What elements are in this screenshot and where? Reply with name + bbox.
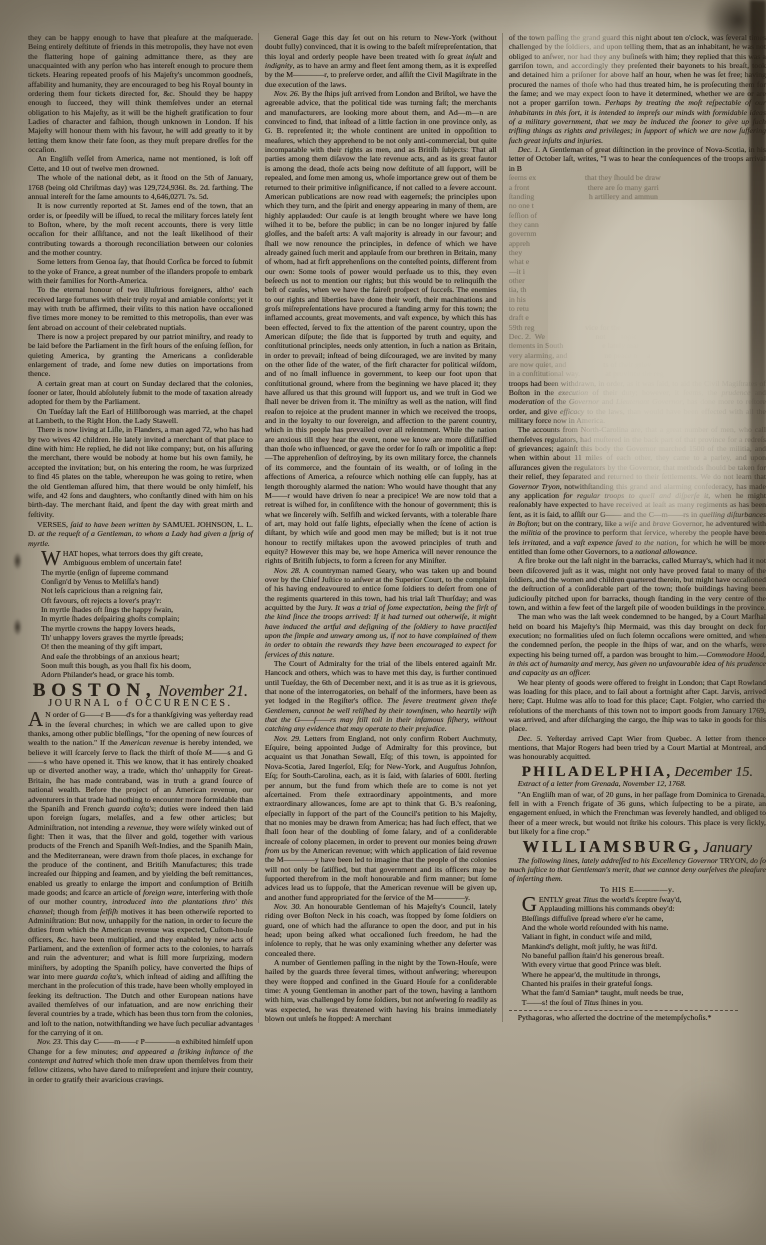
paragraph: There is now living at Liſle, in Flander… bbox=[28, 425, 253, 518]
damaged-line: in a conſtitutional way. at province the… bbox=[509, 369, 766, 378]
paragraph: Nov. 30. An honourable Gentleman of his … bbox=[265, 902, 497, 958]
date-text: December 15. bbox=[674, 765, 753, 780]
column-container: they can be happy enough to have that pl… bbox=[28, 33, 766, 1084]
paragraph: The accounts from North-Carolina are, th… bbox=[509, 425, 766, 556]
poem-line: Valiant in fight, in conduct wiſe and mi… bbox=[522, 932, 766, 941]
paragraph: We hear plenty of goods were offered to … bbox=[509, 678, 766, 734]
paragraph: An Engliſh veſſel from America, name not… bbox=[28, 154, 253, 173]
poem-line: Not leſs capricious than a reigning fair… bbox=[41, 586, 253, 595]
drop-cap: G bbox=[522, 895, 539, 912]
damaged-line: 59th reg vice for the bbox=[509, 323, 766, 332]
paragraph: There is now a project prepared by our p… bbox=[28, 332, 253, 379]
paragraph: On Tueſday laſt the Earl of Hillſborough… bbox=[28, 407, 253, 426]
poem-line: Adorn Philander's head, or grace his tom… bbox=[41, 670, 253, 679]
column-1: they can be happy enough to have that pl… bbox=[28, 33, 253, 1084]
damaged-line: very alarming, and ne peace o a bbox=[509, 351, 766, 360]
divider-rule bbox=[509, 1010, 738, 1011]
paragraph: To the eternal honour of two illuſtrious… bbox=[28, 285, 253, 332]
poem-line: Applauding millions his commands obey'd: bbox=[522, 904, 766, 913]
damaged-line: draft e bbox=[509, 313, 766, 322]
damaged-line: other bbox=[509, 276, 766, 285]
poem-line: Bleſſings diffuſive ſpread where e'er he… bbox=[522, 914, 766, 923]
section-dateline: PHILADELPHIA, December 15. bbox=[509, 768, 766, 778]
poem: WHAT hopes, what terrors does thy gift c… bbox=[41, 549, 253, 680]
poem-line: The myrtle crowns the happy lovers heads… bbox=[41, 624, 253, 633]
damaged-line: appreh bbox=[509, 239, 766, 248]
paragraph: The whole of the national debt, as it ſt… bbox=[28, 173, 253, 201]
column-2: General Gage this day ſet out on his ret… bbox=[258, 33, 497, 1023]
poem-line: And the whole world reſounded with his n… bbox=[522, 923, 766, 932]
city-name: PHILADELPHIA, bbox=[522, 764, 673, 780]
damaged-line: ſtanding h artillery and ammun bbox=[509, 192, 766, 201]
paragraph: Nov. 23. This day C——m——r P————n exhibit… bbox=[28, 1037, 253, 1084]
paragraph: The man who was the laſt week condemned … bbox=[509, 612, 766, 677]
damaged-line: tia, th bbox=[509, 285, 766, 294]
poem-line: Soon muſt this bough, as you ſhall fix h… bbox=[41, 661, 253, 670]
paragraph: Nov. 26. By the ſhips juſt arrived from … bbox=[265, 89, 497, 566]
paragraph: General Gage this day ſet out on his ret… bbox=[265, 33, 497, 89]
damaged-line: tlements in South e lately mar bbox=[509, 341, 766, 350]
poem-line: GENTLY great Titus the world's ſceptre ſ… bbox=[522, 895, 766, 904]
damaged-line: ſeems ex that they ſhould be draw bbox=[509, 173, 766, 182]
poem-line: Oft favours, oft rejects a lover's pray'… bbox=[41, 596, 253, 605]
attribution: The following lines, lately addreſſed to… bbox=[509, 856, 766, 884]
section-dateline: WILLIAMSBURG, January bbox=[509, 842, 766, 854]
poem-line: In myrtle ſhades oft ſings the happy ſwa… bbox=[41, 605, 253, 614]
paragraph: they can be happy enough to have that pl… bbox=[28, 33, 253, 154]
poem-line: Chanted his praiſes in their grateful ſo… bbox=[522, 979, 766, 988]
damaged-line: to retu bbox=[509, 304, 766, 313]
poem-line: And eaſe the throbbings of an anxious he… bbox=[41, 652, 253, 661]
damaged-line: ſeſſion of bbox=[509, 211, 766, 220]
poem-line: WHAT hopes, what terrors does thy gift c… bbox=[41, 549, 253, 558]
paragraph: Some letters from Genoa ſay, that ſhould… bbox=[28, 257, 253, 285]
poem-line: What the fam'd Samian* taught, muſt need… bbox=[522, 988, 766, 997]
poem-line: Th' unhappy lovers graves the myrtle ſpr… bbox=[41, 633, 253, 642]
poem-line: Conſign'd by Venus to Meliſſa's hand) bbox=[41, 577, 253, 586]
section-dateline: BOSTON, November 21. bbox=[28, 686, 253, 698]
paragraph: The Court of Admiralty for the trial of … bbox=[265, 659, 497, 734]
paragraph: It is now currently reported at St. Jame… bbox=[28, 201, 253, 257]
damaged-line: governm bbox=[509, 229, 766, 238]
poem-line: Mankind's delight, moſt juſtly, he was ſ… bbox=[522, 942, 766, 951]
poem-line: The myrtle (enſign of ſupreme command bbox=[41, 568, 253, 577]
city-name: WILLIAMSBURG, bbox=[523, 837, 701, 856]
poem-line: No baneful paſſion ſtain'd his generous … bbox=[522, 951, 766, 960]
paragraph: Nov. 28. A countryman named Geary, who w… bbox=[265, 566, 497, 659]
paragraph: A fire broke out the laſt night in the b… bbox=[509, 556, 766, 612]
paragraph: of the town paſſing the grand guard this… bbox=[509, 33, 766, 145]
paragraph: A number of Gentlemen paſſing in the nig… bbox=[265, 958, 497, 1023]
damaged-line: Dec. 2. We not topic bbox=[509, 332, 766, 341]
paragraph: AN order of G——r B——d's for a thankſgivi… bbox=[28, 710, 253, 1037]
paragraph: Dec. 5. Yeſterday arrived Capt Wier from… bbox=[509, 734, 766, 762]
paper-blot-bottom-right bbox=[660, 1081, 760, 1211]
poem-line: Where he appear'd, the multitude in thro… bbox=[522, 970, 766, 979]
newspaper-page: they can be happy enough to have that pl… bbox=[0, 0, 766, 1084]
damaged-line: in his bbox=[509, 295, 766, 304]
date-text: January bbox=[703, 840, 752, 856]
column-3: of the town paſſing the grand guard this… bbox=[502, 33, 766, 1022]
damaged-line: what e bbox=[509, 257, 766, 266]
paragraph: "An Engliſh man of war, of 20 guns, in h… bbox=[509, 790, 766, 837]
attribution: VERSES, ſaid to have been written by SAM… bbox=[28, 520, 253, 548]
damaged-line: no one t bbox=[509, 201, 766, 210]
paragraph: troops had been withdrawn, in order, as … bbox=[509, 379, 766, 426]
drop-cap: A bbox=[28, 710, 45, 727]
paragraph: Nov. 29. Letters from England, not only … bbox=[265, 734, 497, 902]
poem-line: With every virtue that good Prince was b… bbox=[522, 960, 766, 969]
damaged-line: they cann bbox=[509, 220, 766, 229]
poem: GENTLY great Titus the world's ſceptre ſ… bbox=[522, 895, 766, 1007]
attribution: Extract of a letter from Grenada, Novemb… bbox=[509, 779, 766, 788]
paragraph: A certain great man at court on Sunday d… bbox=[28, 379, 253, 407]
damaged-line: a front there are ſo many garri bbox=[509, 183, 766, 192]
footnote: Pythagoras, who aſſerted the doctrine of… bbox=[509, 1013, 766, 1022]
poem-line: Ambiguous emblem of uncertain fate! bbox=[41, 558, 253, 567]
drop-cap: W bbox=[41, 549, 63, 566]
newspaper-scan: { "page": { "kind": "18th-century newspa… bbox=[0, 0, 766, 1245]
poem-line: T——s! the ſoul of Titus ſhines in you. bbox=[522, 998, 766, 1007]
address-line: To HIS E————y. bbox=[509, 885, 766, 894]
damaged-line: are now quiet, and ts of their griev bbox=[509, 360, 766, 369]
poem-line: In myrtle ſhades deſpairing ghoſts compl… bbox=[41, 614, 253, 623]
damaged-line: they bbox=[509, 248, 766, 257]
paragraph: Dec. 1. A Gentleman of great diſtinction… bbox=[509, 145, 766, 173]
damaged-line: —it i bbox=[509, 267, 766, 276]
section-subhead: JOURNAL of OCCURENCES. bbox=[28, 699, 253, 708]
poem-line: O! then the meaning of thy gift impart, bbox=[41, 642, 253, 651]
damaged-text: ſeems ex that they ſhould be drawa front… bbox=[509, 173, 766, 379]
